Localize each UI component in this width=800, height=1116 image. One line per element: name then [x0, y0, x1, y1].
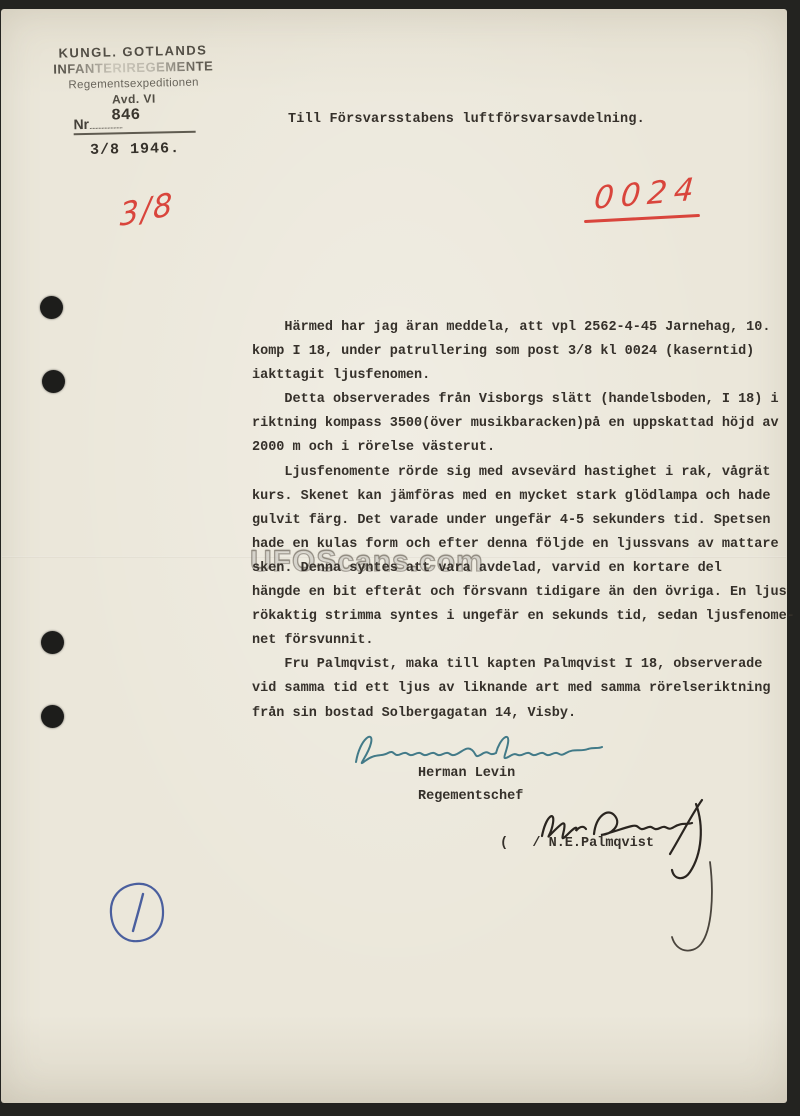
typed-line: riktning kompass 3500(över musikbaracken…	[252, 412, 792, 436]
typed-line: net försvunnit.	[252, 629, 792, 653]
typed-line: Detta observerades från Visborgs slätt (…	[252, 388, 792, 412]
punch-hole	[42, 370, 65, 393]
typed-line: Ljusfenomente rörde sig med avsevärd has…	[252, 461, 792, 485]
typed-line: hade en kulas form och efter denna följd…	[252, 533, 792, 557]
typed-line: gulvit färg. Det varade under ungefär 4-…	[252, 509, 792, 533]
typed-signature-title: Regementschef	[418, 789, 523, 804]
typed-line: från sin bostad Solbergagatan 14, Visby.	[252, 702, 792, 726]
scanned-document: KUNGL. GOTLANDS INFANTERIREGEMENTE Regem…	[0, 0, 800, 1116]
typed-line: sken. Denna syntes att vara avdelad, var…	[252, 557, 792, 581]
punch-hole	[41, 705, 64, 728]
regiment-stamp: KUNGL. GOTLANDS INFANTERIREGEMENTE Regem…	[47, 42, 221, 160]
typed-line: Fru Palmqvist, maka till kapten Palmqvis…	[252, 653, 792, 677]
typed-line: Härmed har jag äran meddela, att vpl 256…	[252, 316, 792, 340]
typed-line: vid samma tid ett ljus av liknande art m…	[252, 677, 792, 701]
typed-line: komp I 18, under patrullering som post 3…	[252, 340, 792, 364]
typed-signature-name-2: ( / N.E.Palmqvist	[500, 836, 654, 851]
stamp-line2: INFANTERIREGEMENTE	[47, 58, 219, 77]
stamp-number-row: Nr......................	[73, 115, 195, 136]
stamp-number-field: 846 Nr......................	[73, 109, 195, 136]
recipient-line: Till Försvarsstabens luftförsvarsavdelni…	[288, 112, 645, 127]
typed-line: kurs. Skenet kan jämföras med en mycket …	[252, 485, 792, 509]
punch-hole	[41, 631, 64, 654]
typed-signature-name: Herman Levin	[418, 766, 515, 781]
typed-line: iakttagit ljusfenomen.	[252, 364, 792, 388]
circled-page-number	[103, 880, 173, 948]
typed-line: rökaktig strimma syntes i ungefär en sek…	[252, 605, 792, 629]
pen-flourish-stroke	[648, 858, 728, 973]
stamp-line3: Regementsexpeditionen	[48, 76, 220, 92]
typed-line: 2000 m och i rörelse västerut.	[252, 436, 792, 460]
letter-body: Härmed har jag äran meddela, att vpl 256…	[252, 316, 792, 726]
typed-line: hängde en bit efteråt och försvann tidig…	[252, 581, 792, 605]
punch-hole	[40, 296, 63, 319]
stamp-nr-label: Nr	[73, 116, 89, 132]
stamp-dotted-leader: ......................	[89, 120, 122, 131]
stamp-date: 3/8 1946.	[49, 139, 221, 160]
